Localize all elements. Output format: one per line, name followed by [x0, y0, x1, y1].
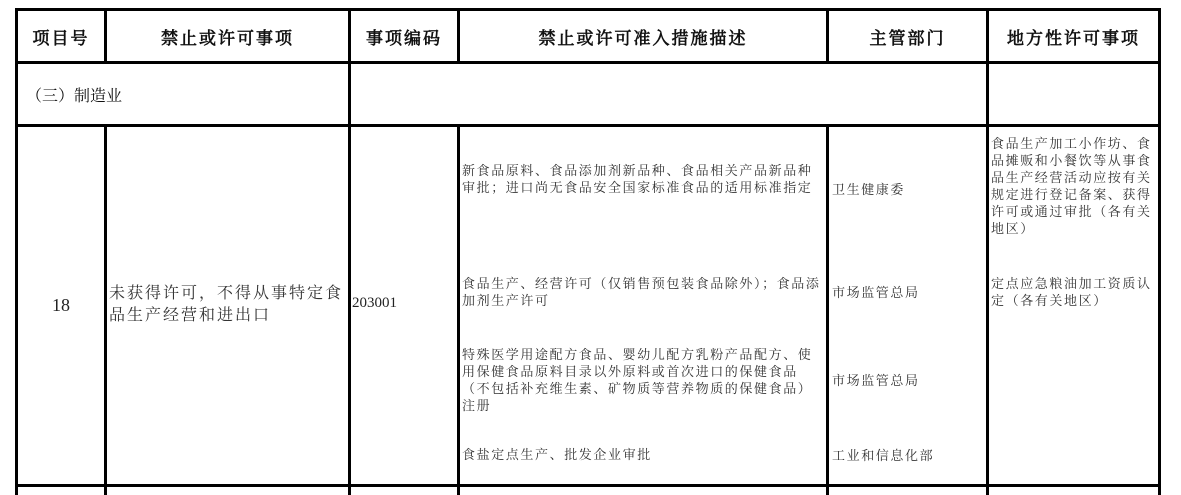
item-number: 18 [18, 127, 104, 484]
table-border-right [1158, 8, 1161, 495]
header-code: 事项编码 [351, 11, 457, 61]
section-title: （三）制造业 [14, 64, 348, 124]
header-department: 主管部门 [829, 11, 986, 61]
header-measures: 禁止或许可准入措施描述 [460, 11, 826, 61]
item-number-value: 18 [52, 295, 70, 316]
header-item-no: 项目号 [18, 11, 104, 61]
department-name: 工业和信息化部 [832, 448, 982, 465]
row-divider [15, 484, 1161, 487]
department-name: 市场监管总局 [832, 373, 982, 390]
department-name: 市场监管总局 [832, 285, 982, 302]
measure-description: 新食品原料、食品添加剂新品种、食品相关产品新品种审批；进口尚无食品安全国家标准食… [462, 163, 826, 197]
department-name: 卫生健康委 [832, 182, 982, 199]
local-permit: 定点应急粮油加工资质认定（各有关地区） [991, 276, 1153, 310]
header-matter: 禁止或许可事项 [107, 11, 348, 61]
measure-description: 食盐定点生产、批发企业审批 [462, 447, 826, 464]
measure-description: 特殊医学用途配方食品、婴幼儿配方乳粉产品配方、使用保健食品原料目录以外原料或首次… [462, 347, 826, 415]
measure-description: 食品生产、经营许可（仅销售预包装食品除外）；食品添加剂生产许可 [462, 276, 826, 310]
matter-code: 203001 [352, 295, 456, 312]
local-permit: 食品生产加工小作坊、食品摊贩和小餐饮等从事食品生产经营活动应按有关规定进行登记备… [991, 136, 1153, 238]
header-local-permits: 地方性许可事项 [989, 11, 1158, 61]
matter-text: 未获得许可，不得从事特定食品生产经营和进出口 [109, 282, 345, 326]
